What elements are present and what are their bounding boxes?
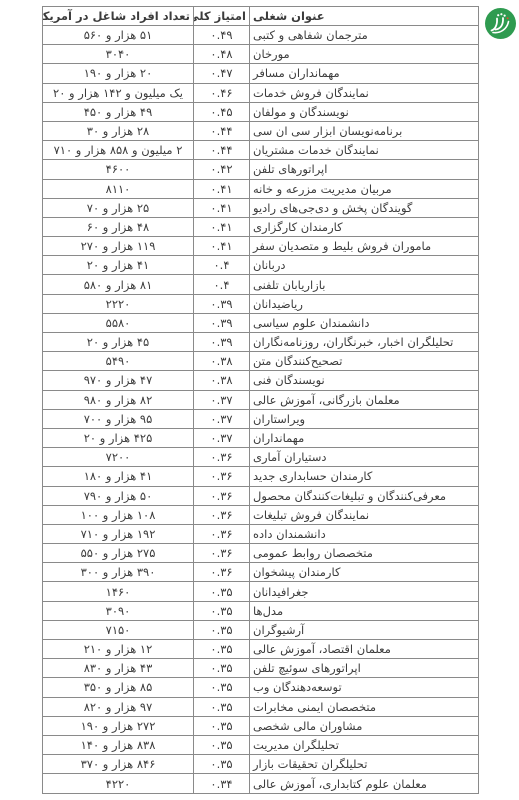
employed-count-cell: ۲ میلیون و ۸۵۸ هزار و ۷۱۰ <box>43 141 194 160</box>
job-title-cell: متخصصان روابط عمومی <box>250 544 479 563</box>
header-employed-count: تعداد افراد شاغل در آمریکا <box>43 7 194 26</box>
overall-score-cell: ۰.۳۵ <box>194 601 250 620</box>
employed-count-cell: ۳۰۹۰ <box>43 601 194 620</box>
overall-score-cell: ۰.۳۶ <box>194 524 250 543</box>
employed-count-cell: ۸۴۶ هزار و ۳۷۰ <box>43 755 194 774</box>
header-row: عنوان شغلی امتیاز کلی تعداد افراد شاغل د… <box>43 7 479 26</box>
overall-score-cell: ۰.۳۶ <box>194 544 250 563</box>
job-title-cell: معلمان بازرگانی، آموزش عالی <box>250 390 479 409</box>
job-title-cell: آرشیوگران <box>250 620 479 639</box>
employed-count-cell: ۵۴۹۰ <box>43 352 194 371</box>
overall-score-cell: ۰.۳۵ <box>194 582 250 601</box>
overall-score-cell: ۰.۳۵ <box>194 659 250 678</box>
table-row: تحلیلگران تحقیقات بازار۰.۳۵۸۴۶ هزار و ۳۷… <box>43 755 479 774</box>
job-title-cell: مترجمان شفاهی و کتبی <box>250 26 479 45</box>
table-row: آرشیوگران۰.۳۵۷۱۵۰ <box>43 620 479 639</box>
employed-count-cell: ۵۰ هزار و ۷۹۰ <box>43 486 194 505</box>
table-row: دانشمندان داده۰.۳۶۱۹۲ هزار و ۷۱۰ <box>43 524 479 543</box>
employed-count-cell: ۴۳ هزار و ۸۳۰ <box>43 659 194 678</box>
employed-count-cell: ۱۹۲ هزار و ۷۱۰ <box>43 524 194 543</box>
employed-count-cell: ۳۹۰ هزار و ۳۰۰ <box>43 563 194 582</box>
employed-count-cell: ۳۰۴۰ <box>43 45 194 64</box>
job-title-cell: بازاریابان تلفنی <box>250 275 479 294</box>
table-row: گویندگان پخش و دی‌جی‌های رادیو۰.۴۱۲۵ هزا… <box>43 198 479 217</box>
overall-score-cell: ۰.۳۹ <box>194 333 250 352</box>
job-title-cell: معلمان اقتصاد، آموزش عالی <box>250 640 479 659</box>
job-title-cell: توسعه‌دهندگان وب <box>250 678 479 697</box>
table-row: توسعه‌دهندگان وب۰.۳۵۸۵ هزار و ۳۵۰ <box>43 678 479 697</box>
job-title-cell: مهمانداران <box>250 428 479 447</box>
table-row: نویسندگان و مولفان۰.۴۵۴۹ هزار و ۴۵۰ <box>43 102 479 121</box>
overall-score-cell: ۰.۳۵ <box>194 735 250 754</box>
overall-score-cell: ۰.۴ <box>194 275 250 294</box>
job-title-cell: نمایندگان فروش تبلیغات <box>250 505 479 524</box>
employed-count-cell: ۵۵۸۰ <box>43 313 194 332</box>
employed-count-cell: ۴۱ هزار و ۱۸۰ <box>43 467 194 486</box>
table-row: معرفی‌کنندگان و تبلیغات‌کنندگان محصول۰.۳… <box>43 486 479 505</box>
table-row: معلمان علوم کتابداری، آموزش عالی۰.۳۴۴۲۲۰ <box>43 774 479 794</box>
employed-count-cell: ۲۰ هزار و ۱۹۰ <box>43 64 194 83</box>
overall-score-cell: ۰.۳۵ <box>194 697 250 716</box>
table-row: کارمندان پیشخوان۰.۳۶۳۹۰ هزار و ۳۰۰ <box>43 563 479 582</box>
table-row: کارمندان حسابداری جدید۰.۳۶۴۱ هزار و ۱۸۰ <box>43 467 479 486</box>
overall-score-cell: ۰.۴۸ <box>194 45 250 64</box>
employed-count-cell: ۷۱۵۰ <box>43 620 194 639</box>
overall-score-cell: ۰.۳۴ <box>194 774 250 794</box>
overall-score-cell: ۰.۴۵ <box>194 102 250 121</box>
overall-score-cell: ۰.۳۵ <box>194 716 250 735</box>
overall-score-cell: ۰.۴۷ <box>194 64 250 83</box>
employed-count-cell: ۵۱ هزار و ۵۶۰ <box>43 26 194 45</box>
overall-score-cell: ۰.۴ <box>194 256 250 275</box>
table-row: ویراستاران۰.۳۷۹۵ هزار و ۷۰۰ <box>43 409 479 428</box>
table-row: مترجمان شفاهی و کتبی۰.۴۹۵۱ هزار و ۵۶۰ <box>43 26 479 45</box>
job-title-cell: اپراتورهای سوئیچ تلفن <box>250 659 479 678</box>
job-title-cell: ریاضیدانان <box>250 294 479 313</box>
overall-score-cell: ۰.۳۷ <box>194 409 250 428</box>
job-title-cell: تحلیلگران تحقیقات بازار <box>250 755 479 774</box>
employed-count-cell: ۱۲ هزار و ۲۱۰ <box>43 640 194 659</box>
overall-score-cell: ۰.۴۹ <box>194 26 250 45</box>
header-overall-score: امتیاز کلی <box>194 7 250 26</box>
employed-count-cell: ۴۱ هزار و ۲۰ <box>43 256 194 275</box>
job-title-cell: اپراتورهای تلفن <box>250 160 479 179</box>
employed-count-cell: ۸۳۸ هزار و ۱۴۰ <box>43 735 194 754</box>
table-row: ماموران فروش بلیط و متصدیان سفر۰.۴۱۱۱۹ ه… <box>43 237 479 256</box>
employed-count-cell: ۸۲ هزار و ۹۸۰ <box>43 390 194 409</box>
employed-count-cell: ۱۰۸ هزار و ۱۰۰ <box>43 505 194 524</box>
job-title-cell: دانشمندان داده <box>250 524 479 543</box>
table-row: مربیان مدیریت مزرعه و خانه۰.۴۱۸۱۱۰ <box>43 179 479 198</box>
job-title-cell: جغرافیدانان <box>250 582 479 601</box>
employed-count-cell: ۷۲۰۰ <box>43 448 194 467</box>
employed-count-cell: ۲۷۲ هزار و ۱۹۰ <box>43 716 194 735</box>
table-row: نویسندگان فنی۰.۳۸۴۷ هزار و ۹۷۰ <box>43 371 479 390</box>
overall-score-cell: ۰.۴۶ <box>194 83 250 102</box>
table-row: اپراتورهای سوئیچ تلفن۰.۳۵۴۳ هزار و ۸۳۰ <box>43 659 479 678</box>
job-title-cell: تحلیلگران مدیریت <box>250 735 479 754</box>
table-row: اپراتورهای تلفن۰.۴۲۴۶۰۰ <box>43 160 479 179</box>
employed-count-cell: ۴۹ هزار و ۴۵۰ <box>43 102 194 121</box>
job-title-cell: نمایندگان فروش خدمات <box>250 83 479 102</box>
table-row: متخصصان ایمنی مخابرات۰.۳۵۹۷ هزار و ۸۲۰ <box>43 697 479 716</box>
overall-score-cell: ۰.۳۹ <box>194 294 250 313</box>
employed-count-cell: ۱۱۹ هزار و ۲۷۰ <box>43 237 194 256</box>
overall-score-cell: ۰.۴۱ <box>194 237 250 256</box>
table-row: مدل‌ها۰.۳۵۳۰۹۰ <box>43 601 479 620</box>
overall-score-cell: ۰.۳۷ <box>194 390 250 409</box>
employed-count-cell: ۲۸ هزار و ۳۰ <box>43 121 194 140</box>
table-row: نمایندگان خدمات مشتریان۰.۴۴۲ میلیون و ۸۵… <box>43 141 479 160</box>
job-title-cell: نویسندگان فنی <box>250 371 479 390</box>
employed-count-cell: یک میلیون و ۱۴۲ هزار و ۲۰ <box>43 83 194 102</box>
job-title-cell: دانشمندان علوم سیاسی <box>250 313 479 332</box>
job-title-cell: ویراستاران <box>250 409 479 428</box>
job-title-cell: معرفی‌کنندگان و تبلیغات‌کنندگان محصول <box>250 486 479 505</box>
employed-count-cell: ۴۵ هزار و ۲۰ <box>43 333 194 352</box>
job-title-cell: برنامه‌نویسان ابزار سی ان سی <box>250 121 479 140</box>
table-row: نمایندگان فروش خدمات۰.۴۶یک میلیون و ۱۴۲ … <box>43 83 479 102</box>
job-title-cell: مورخان <box>250 45 479 64</box>
table-row: متخصصان روابط عمومی۰.۳۶۲۷۵ هزار و ۵۵۰ <box>43 544 479 563</box>
table-row: نمایندگان فروش تبلیغات۰.۳۶۱۰۸ هزار و ۱۰۰ <box>43 505 479 524</box>
employed-count-cell: ۸۱ هزار و ۵۸۰ <box>43 275 194 294</box>
overall-score-cell: ۰.۳۶ <box>194 505 250 524</box>
overall-score-cell: ۰.۳۵ <box>194 678 250 697</box>
employed-count-cell: ۴۸ هزار و ۶۰ <box>43 217 194 236</box>
table-row: مهمانداران۰.۳۷۴۲۵ هزار و ۲۰ <box>43 428 479 447</box>
table-row: مورخان۰.۴۸۳۰۴۰ <box>43 45 479 64</box>
employed-count-cell: ۹۷ هزار و ۸۲۰ <box>43 697 194 716</box>
employed-count-cell: ۴۶۰۰ <box>43 160 194 179</box>
job-title-cell: تحلیلگران اخبار، خبرنگاران، روزنامه‌نگار… <box>250 333 479 352</box>
page: عنوان شغلی امتیاز کلی تعداد افراد شاغل د… <box>0 0 519 800</box>
job-title-cell: دربانان <box>250 256 479 275</box>
header-job-title: عنوان شغلی <box>250 7 479 26</box>
table-row: جغرافیدانان۰.۳۵۱۴۶۰ <box>43 582 479 601</box>
job-title-cell: مدل‌ها <box>250 601 479 620</box>
overall-score-cell: ۰.۳۶ <box>194 448 250 467</box>
job-title-cell: متخصصان ایمنی مخابرات <box>250 697 479 716</box>
overall-score-cell: ۰.۳۷ <box>194 428 250 447</box>
table-row: معلمان اقتصاد، آموزش عالی۰.۳۵۱۲ هزار و ۲… <box>43 640 479 659</box>
overall-score-cell: ۰.۳۵ <box>194 640 250 659</box>
job-title-cell: کارمندان کارگزاری <box>250 217 479 236</box>
logo-calligraphy-icon <box>485 8 516 39</box>
table-row: مهمانداران مسافر۰.۴۷۲۰ هزار و ۱۹۰ <box>43 64 479 83</box>
employed-count-cell: ۸۱۱۰ <box>43 179 194 198</box>
table-row: دانشمندان علوم سیاسی۰.۳۹۵۵۸۰ <box>43 313 479 332</box>
overall-score-cell: ۰.۳۸ <box>194 371 250 390</box>
employed-count-cell: ۸۵ هزار و ۳۵۰ <box>43 678 194 697</box>
employed-count-cell: ۹۵ هزار و ۷۰۰ <box>43 409 194 428</box>
overall-score-cell: ۰.۳۸ <box>194 352 250 371</box>
table-row: دستیاران آماری۰.۳۶۷۲۰۰ <box>43 448 479 467</box>
employed-count-cell: ۴۲۵ هزار و ۲۰ <box>43 428 194 447</box>
job-title-cell: مشاوران مالی شخصی <box>250 716 479 735</box>
overall-score-cell: ۰.۳۶ <box>194 467 250 486</box>
overall-score-cell: ۰.۳۶ <box>194 486 250 505</box>
employed-count-cell: ۴۲۲۰ <box>43 774 194 794</box>
table-row: مشاوران مالی شخصی۰.۳۵۲۷۲ هزار و ۱۹۰ <box>43 716 479 735</box>
job-title-cell: دستیاران آماری <box>250 448 479 467</box>
table-row: تحلیلگران مدیریت۰.۳۵۸۳۸ هزار و ۱۴۰ <box>43 735 479 754</box>
table-row: دربانان۰.۴۴۱ هزار و ۲۰ <box>43 256 479 275</box>
job-title-cell: کارمندان حسابداری جدید <box>250 467 479 486</box>
employed-count-cell: ۲۵ هزار و ۷۰ <box>43 198 194 217</box>
table-row: معلمان بازرگانی، آموزش عالی۰.۳۷۸۲ هزار و… <box>43 390 479 409</box>
overall-score-cell: ۰.۳۶ <box>194 563 250 582</box>
table-row: تحلیلگران اخبار، خبرنگاران، روزنامه‌نگار… <box>43 333 479 352</box>
job-title-cell: مهمانداران مسافر <box>250 64 479 83</box>
employed-count-cell: ۲۲۲۰ <box>43 294 194 313</box>
overall-score-cell: ۰.۳۵ <box>194 755 250 774</box>
overall-score-cell: ۰.۴۱ <box>194 217 250 236</box>
employed-count-cell: ۱۴۶۰ <box>43 582 194 601</box>
table-body: مترجمان شفاهی و کتبی۰.۴۹۵۱ هزار و ۵۶۰مور… <box>43 26 479 794</box>
overall-score-cell: ۰.۳۵ <box>194 620 250 639</box>
employed-count-cell: ۲۷۵ هزار و ۵۵۰ <box>43 544 194 563</box>
employed-count-cell: ۴۷ هزار و ۹۷۰ <box>43 371 194 390</box>
overall-score-cell: ۰.۴۴ <box>194 141 250 160</box>
overall-score-cell: ۰.۴۲ <box>194 160 250 179</box>
job-title-cell: ماموران فروش بلیط و متصدیان سفر <box>250 237 479 256</box>
overall-score-cell: ۰.۳۹ <box>194 313 250 332</box>
fararu-logo <box>485 8 516 39</box>
job-title-cell: معلمان علوم کتابداری، آموزش عالی <box>250 774 479 794</box>
table-row: کارمندان کارگزاری۰.۴۱۴۸ هزار و ۶۰ <box>43 217 479 236</box>
job-title-cell: نویسندگان و مولفان <box>250 102 479 121</box>
overall-score-cell: ۰.۴۴ <box>194 121 250 140</box>
job-title-cell: نمایندگان خدمات مشتریان <box>250 141 479 160</box>
table-row: تصحیح‌کنندگان متن۰.۳۸۵۴۹۰ <box>43 352 479 371</box>
job-title-cell: تصحیح‌کنندگان متن <box>250 352 479 371</box>
jobs-table: عنوان شغلی امتیاز کلی تعداد افراد شاغل د… <box>42 6 479 794</box>
job-title-cell: گویندگان پخش و دی‌جی‌های رادیو <box>250 198 479 217</box>
job-title-cell: کارمندان پیشخوان <box>250 563 479 582</box>
overall-score-cell: ۰.۴۱ <box>194 198 250 217</box>
job-title-cell: مربیان مدیریت مزرعه و خانه <box>250 179 479 198</box>
table-row: برنامه‌نویسان ابزار سی ان سی۰.۴۴۲۸ هزار … <box>43 121 479 140</box>
table-row: بازاریابان تلفنی۰.۴۸۱ هزار و ۵۸۰ <box>43 275 479 294</box>
overall-score-cell: ۰.۴۱ <box>194 179 250 198</box>
table-row: ریاضیدانان۰.۳۹۲۲۲۰ <box>43 294 479 313</box>
